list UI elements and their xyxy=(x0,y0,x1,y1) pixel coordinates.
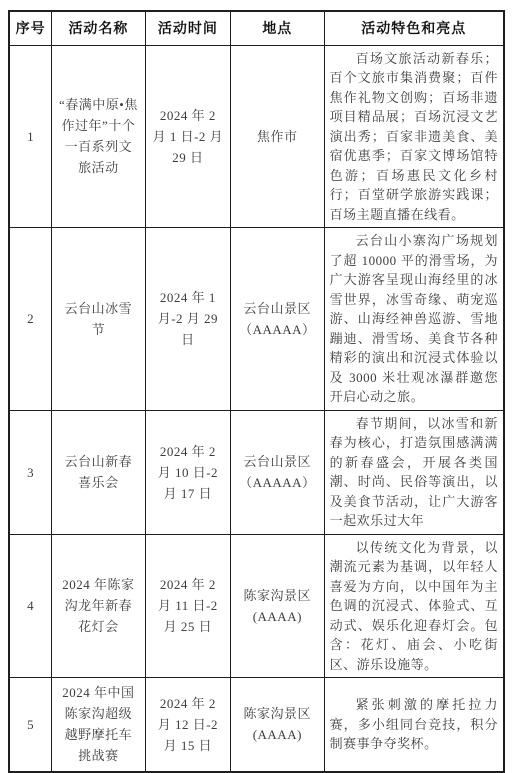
table-row: 5 2024 年中国陈家沟超级越野摩托车挑战赛 2024 年 2 月 12 日-… xyxy=(9,678,504,772)
name-cell: 云台山冰雪节 xyxy=(52,228,146,411)
time-cell: 2024 年 1 月-2 月 29 日 xyxy=(145,228,230,411)
time-cell: 2024 年 2 月 11 日-2 月 25 日 xyxy=(145,534,230,678)
features-cell: 百场文旅活动新春乐；百个文旅市集消费聚；百件焦作礼物文创购；百场非遗项目精品展；… xyxy=(324,45,504,228)
column-header-name: 活动名称 xyxy=(52,11,146,45)
features-cell: 春节期间，以冰雪和新春为核心，打造氛围感满满的新春盛会，开展各类国潮、时尚、民俗… xyxy=(324,410,504,534)
serial-cell: 5 xyxy=(9,678,52,772)
events-table: 序号 活动名称 活动时间 地点 活动特色和亮点 1 “春满中原•焦作过年”十个一… xyxy=(8,10,505,773)
features-cell: 云台山小寨沟广场规划了超 10000 平的滑雪场，为广大游客呈现山海经里的冰雪世… xyxy=(324,228,504,411)
features-text: 百场文旅活动新春乐；百个文旅市集消费聚；百件焦作礼物文创购；百场非遗项目精品展；… xyxy=(330,49,498,225)
column-header-time: 活动时间 xyxy=(145,11,230,45)
time-cell: 2024 年 2 月 10 日-2 月 17 日 xyxy=(145,410,230,534)
time-cell: 2024 年 2 月 12 日-2 月 15 日 xyxy=(145,678,230,772)
time-cell: 2024 年 2 月 1 日-2 月 29 日 xyxy=(145,45,230,228)
serial-cell: 3 xyxy=(9,410,52,534)
table-row: 1 “春满中原•焦作过年”十个一百系列文旅活动 2024 年 2 月 1 日-2… xyxy=(9,45,504,228)
features-cell: 紧张刺激的摩托拉力赛，多小组同台竞技，积分制赛事争夺奖杯。 xyxy=(324,678,504,772)
table-row: 4 2024 年陈家沟龙年新春花灯会 2024 年 2 月 11 日-2 月 2… xyxy=(9,534,504,678)
name-cell: 2024 年中国陈家沟超级越野摩托车挑战赛 xyxy=(52,678,146,772)
column-header-no: 序号 xyxy=(9,11,52,45)
place-cell: 云台山景区（AAAAA） xyxy=(231,410,325,534)
features-text: 以传统文化为背景，以潮流元素为基调，以年轻人喜爱为方向，以中国年为主色调的沉浸式… xyxy=(330,538,498,675)
table-row: 2 云台山冰雪节 2024 年 1 月-2 月 29 日 云台山景区（AAAAA… xyxy=(9,228,504,411)
features-text: 春节期间，以冰雪和新春为核心，打造氛围感满满的新春盛会，开展各类国潮、时尚、民俗… xyxy=(330,414,498,531)
name-cell: “春满中原•焦作过年”十个一百系列文旅活动 xyxy=(52,45,146,228)
column-header-features: 活动特色和亮点 xyxy=(324,11,504,45)
table-row: 3 云台山新春喜乐会 2024 年 2 月 10 日-2 月 17 日 云台山景… xyxy=(9,410,504,534)
header-row: 序号 活动名称 活动时间 地点 活动特色和亮点 xyxy=(9,11,504,45)
column-header-place: 地点 xyxy=(231,11,325,45)
serial-cell: 2 xyxy=(9,228,52,411)
serial-cell: 1 xyxy=(9,45,52,228)
place-cell: 焦作市 xyxy=(231,45,325,228)
place-cell: 陈家沟景区(AAAA) xyxy=(231,534,325,678)
name-cell: 云台山新春喜乐会 xyxy=(52,410,146,534)
serial-cell: 4 xyxy=(9,534,52,678)
features-text: 云台山小寨沟广场规划了超 10000 平的滑雪场，为广大游客呈现山海经里的冰雪世… xyxy=(330,231,498,407)
features-text: 紧张刺激的摩托拉力赛，多小组同台竞技，积分制赛事争夺奖杯。 xyxy=(330,695,498,754)
place-cell: 云台山景区（AAAAA） xyxy=(231,228,325,411)
features-cell: 以传统文化为背景，以潮流元素为基调，以年轻人喜爱为方向，以中国年为主色调的沉浸式… xyxy=(324,534,504,678)
place-cell: 陈家沟景区(AAAA) xyxy=(231,678,325,772)
name-cell: 2024 年陈家沟龙年新春花灯会 xyxy=(52,534,146,678)
